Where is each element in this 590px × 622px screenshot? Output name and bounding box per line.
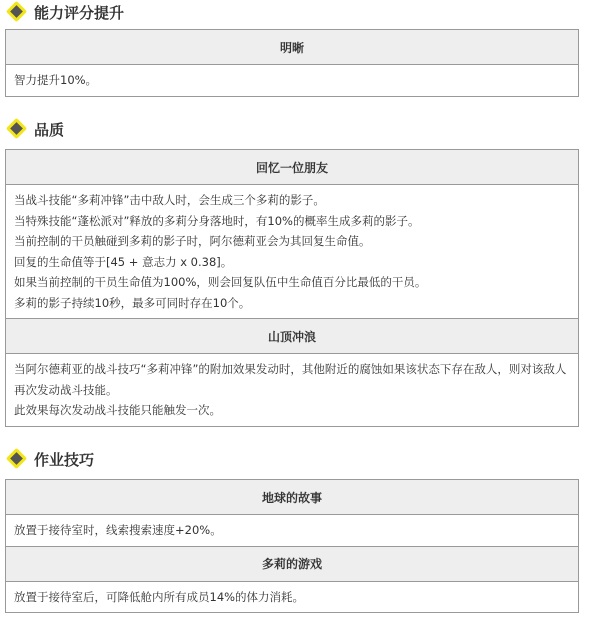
row-content: 当阿尔德莉亚的战斗技巧“多莉冲锋”的附加效果发动时，其他附近的腐蚀如果该状态下存… bbox=[6, 354, 579, 427]
quality-table: 回忆一位朋友 当战斗技能“多莉冲锋”击中敌人时，会生成三个多莉的影子。 当特殊技… bbox=[5, 149, 579, 427]
row-content: 放置于接待室后，可降低舱内所有成员14%的体力消耗。 bbox=[6, 581, 579, 613]
row-header: 回忆一位朋友 bbox=[6, 150, 579, 185]
row-header: 山顶冲浪 bbox=[6, 319, 579, 354]
ability-table: 明晰 智力提升10%。 bbox=[5, 29, 579, 97]
section-header-quality: 品质 bbox=[6, 117, 64, 141]
diamond-emblem-icon bbox=[6, 118, 28, 140]
diamond-emblem-icon bbox=[6, 448, 28, 470]
section-header-ability: 能力评分提升 bbox=[6, 0, 124, 24]
row-content: 放置于接待室时，线索搜索速度+20%。 bbox=[6, 515, 579, 547]
row-content: 当战斗技能“多莉冲锋”击中敌人时，会生成三个多莉的影子。 当特殊技能“蓬松派对”… bbox=[6, 185, 579, 319]
row-header: 多莉的游戏 bbox=[6, 546, 579, 581]
row-header: 地球的故事 bbox=[6, 480, 579, 515]
section-header-work-skill: 作业技巧 bbox=[6, 447, 94, 471]
row-content: 智力提升10%。 bbox=[6, 65, 579, 97]
work-skill-table: 地球的故事 放置于接待室时，线索搜索速度+20%。 多莉的游戏 放置于接待室后，… bbox=[5, 479, 579, 613]
section-title: 能力评分提升 bbox=[34, 2, 124, 23]
diamond-emblem-icon bbox=[6, 1, 28, 23]
row-header: 明晰 bbox=[6, 30, 579, 65]
section-title: 品质 bbox=[34, 119, 64, 140]
section-title: 作业技巧 bbox=[34, 449, 94, 470]
